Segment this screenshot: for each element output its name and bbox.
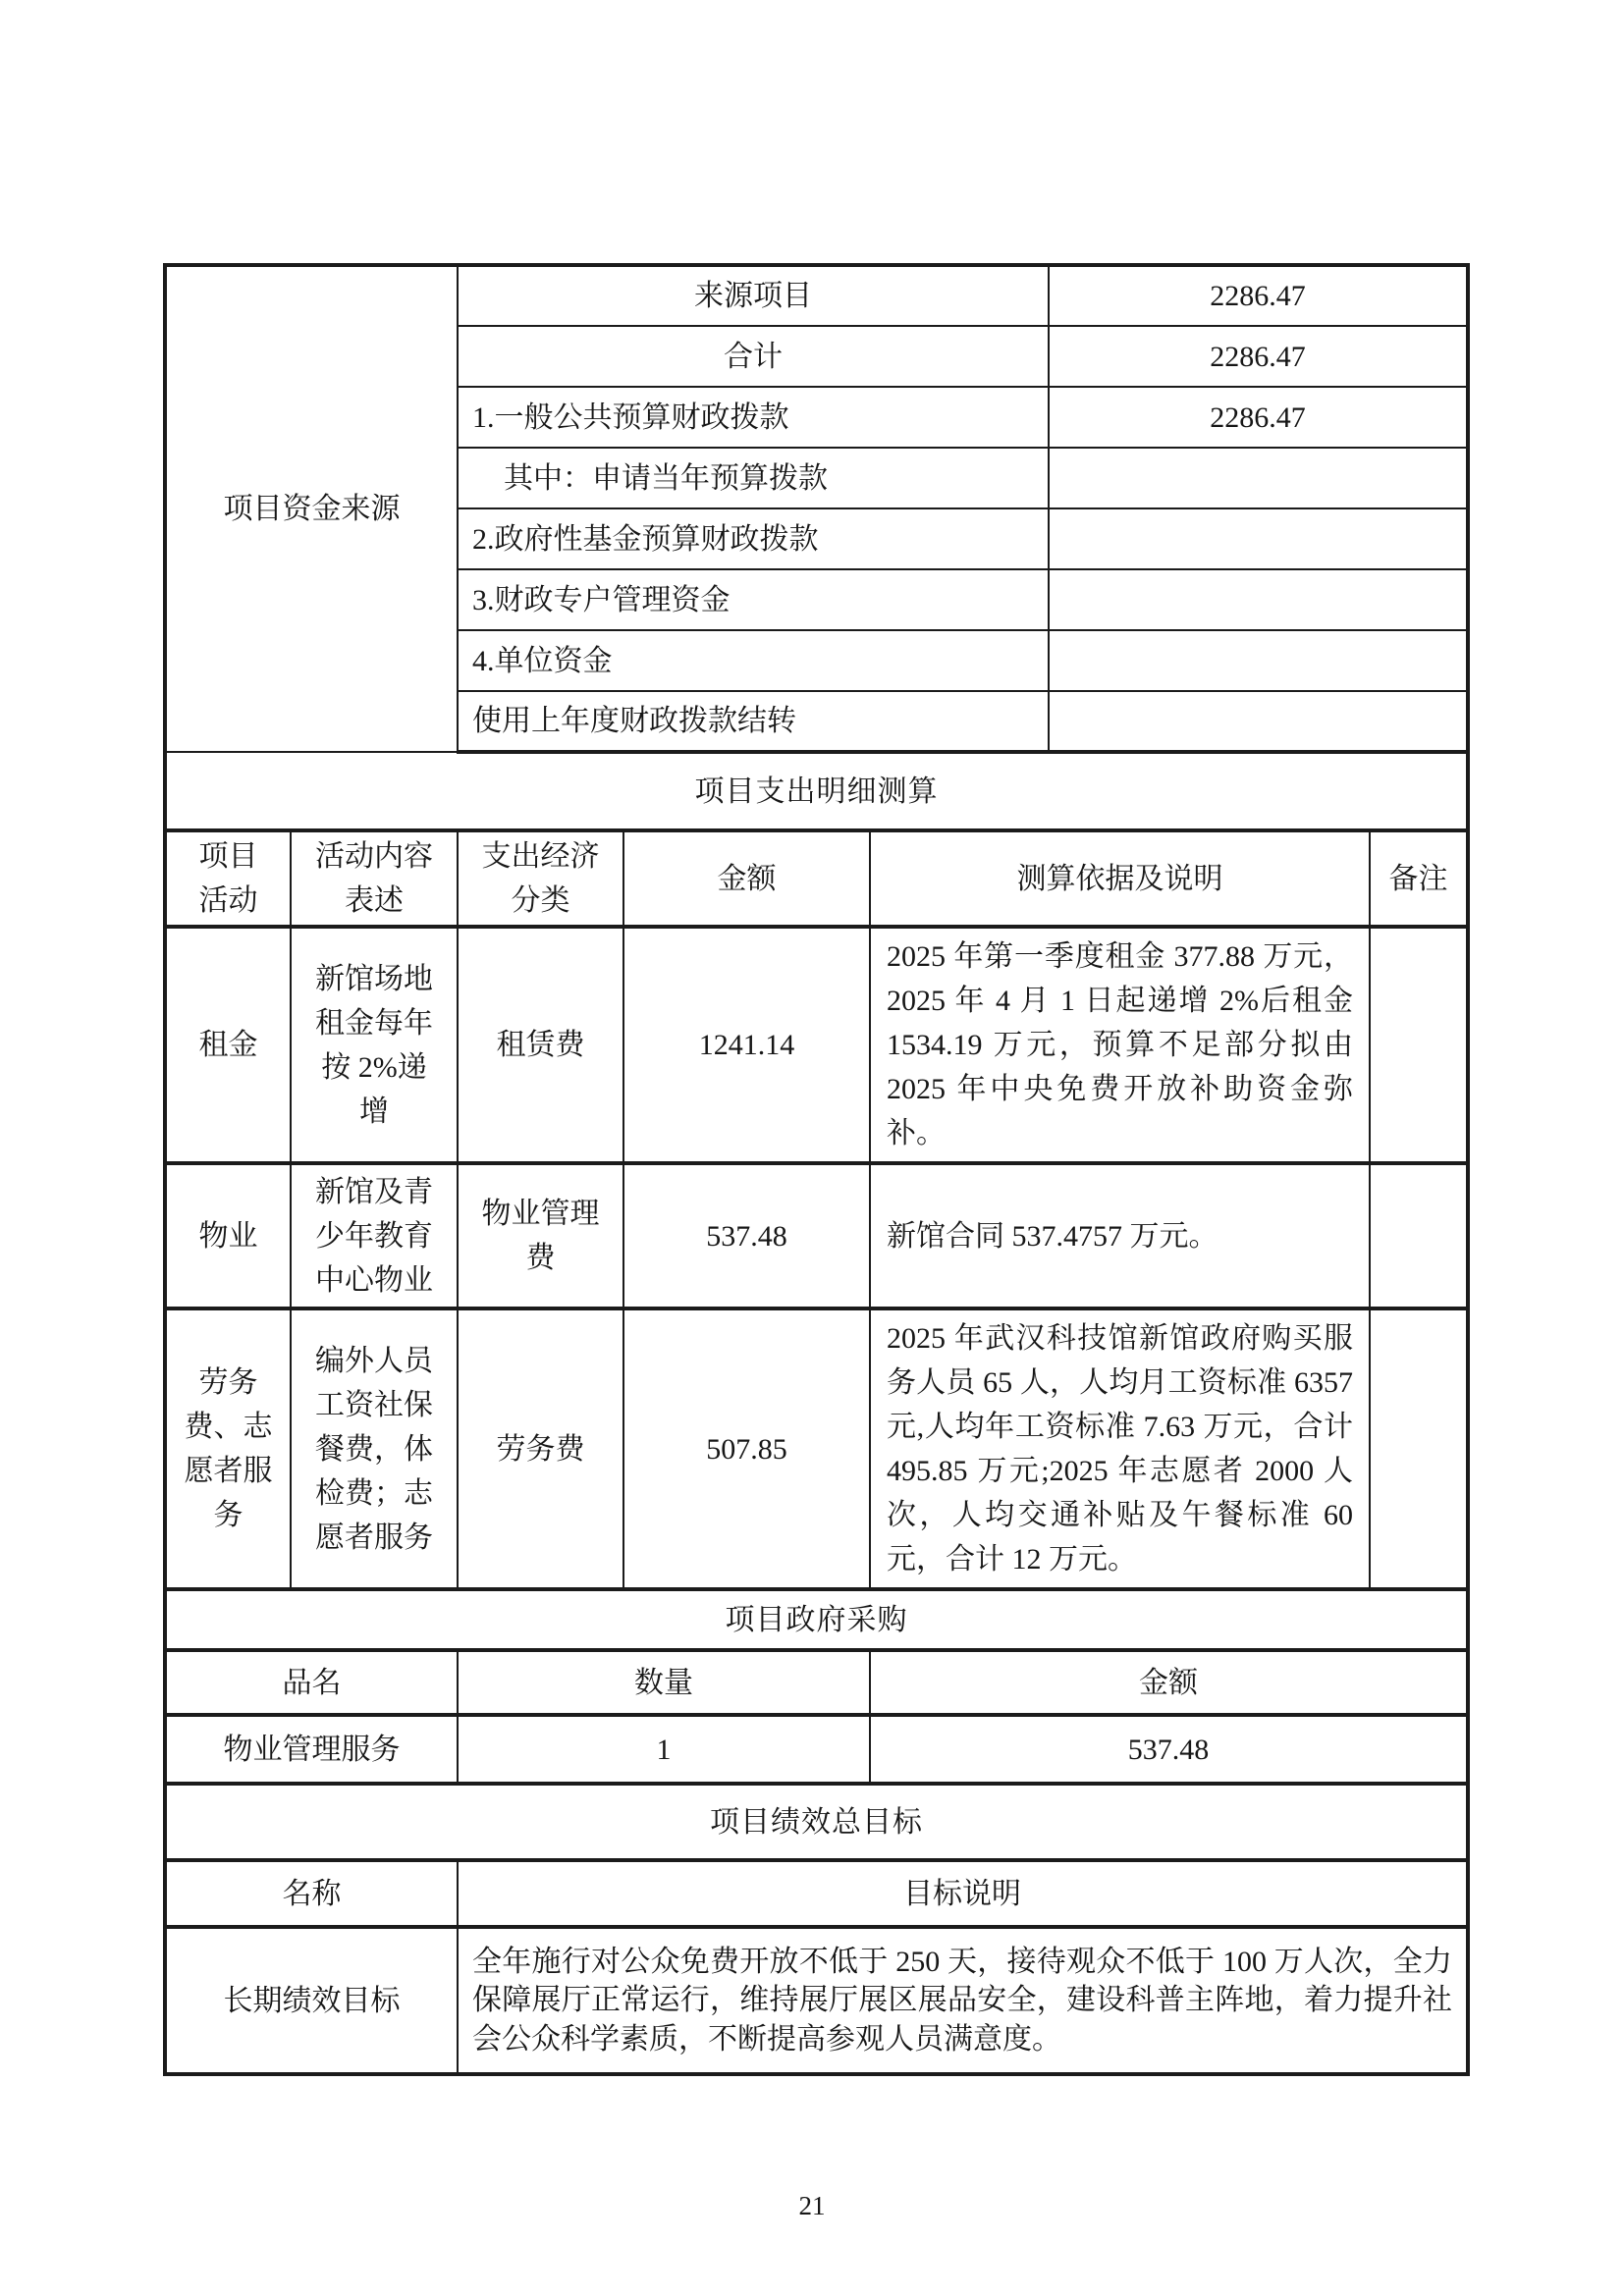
funding-row-label: 合计 <box>458 326 1049 387</box>
procurement-row: 物业管理服务 1 537.48 <box>165 1715 1468 1784</box>
col-header-item-name: 品名 <box>165 1650 458 1715</box>
funding-row-label: 来源项目 <box>458 265 1049 326</box>
quantity-cell: 1 <box>458 1715 870 1784</box>
description-cell: 新馆及青少年教育中心物业 <box>291 1163 458 1308</box>
document-page: 项目资金来源 来源项目 2286.47 合计 2286.47 1.一般公共预算财… <box>0 0 1624 2296</box>
description-cell: 新馆场地租金每年按 2%递增 <box>291 927 458 1163</box>
procurement-amount-cell: 537.48 <box>870 1715 1468 1784</box>
note-cell <box>1370 1163 1468 1308</box>
col-header-note: 备注 <box>1370 830 1468 927</box>
category-cell: 物业管理费 <box>458 1163 623 1308</box>
col-header-goal-description: 目标说明 <box>458 1860 1468 1927</box>
col-header-basis: 测算依据及说明 <box>870 830 1370 927</box>
funding-row-value <box>1049 448 1468 508</box>
procurement-header-row: 品名 数量 金额 <box>165 1650 1468 1715</box>
funding-row-label: 4.单位资金 <box>458 630 1049 691</box>
basis-cell: 2025 年武汉科技馆新馆政府购买服务人员 65 人，人均月工资标准 6357 … <box>870 1308 1370 1589</box>
procurement-title: 项目政府采购 <box>165 1589 1468 1650</box>
funding-row-label: 3.财政专户管理资金 <box>458 569 1049 630</box>
col-header-activity: 项目活动 <box>165 830 291 927</box>
performance-row: 长期绩效目标 全年施行对公众免费开放不低于 250 天，接待观众不低于 100 … <box>165 1927 1468 2074</box>
funding-section-label: 项目资金来源 <box>165 265 458 752</box>
performance-title: 项目绩效总目标 <box>165 1784 1468 1860</box>
amount-cell: 507.85 <box>623 1308 870 1589</box>
col-header-quantity: 数量 <box>458 1650 870 1715</box>
funding-row: 项目资金来源 来源项目 2286.47 <box>165 265 1468 326</box>
funding-row-label: 使用上年度财政拨款结转 <box>458 691 1049 752</box>
col-header-category: 支出经济分类 <box>458 830 623 927</box>
funding-row-label: 其中：申请当年预算拨款 <box>458 448 1049 508</box>
funding-row-value <box>1049 691 1468 752</box>
performance-header-row: 名称 目标说明 <box>165 1860 1468 1927</box>
amount-cell: 1241.14 <box>623 927 870 1163</box>
budget-table: 项目资金来源 来源项目 2286.47 合计 2286.47 1.一般公共预算财… <box>163 263 1470 2076</box>
expenditure-title-row: 项目支出明细测算 <box>165 752 1468 830</box>
expenditure-title: 项目支出明细测算 <box>165 752 1468 830</box>
note-cell <box>1370 927 1468 1163</box>
description-cell: 编外人员工资社保餐费，体检费；志愿者服务 <box>291 1308 458 1589</box>
amount-cell: 537.48 <box>623 1163 870 1308</box>
funding-section-label-text: 项目资金来源 <box>224 493 401 525</box>
col-header-goal-name: 名称 <box>165 1860 458 1927</box>
col-header-procurement-amount: 金额 <box>870 1650 1468 1715</box>
funding-row-value: 2286.47 <box>1049 265 1468 326</box>
funding-row-value <box>1049 630 1468 691</box>
funding-row-label: 1.一般公共预算财政拨款 <box>458 387 1049 448</box>
item-name-cell: 物业管理服务 <box>165 1715 458 1784</box>
activity-cell: 租金 <box>165 927 291 1163</box>
note-cell <box>1370 1308 1468 1589</box>
expenditure-row: 劳务费、志愿者服务 编外人员工资社保餐费，体检费；志愿者服务 劳务费 507.8… <box>165 1308 1468 1589</box>
goal-description-cell: 全年施行对公众免费开放不低于 250 天，接待观众不低于 100 万人次，全力保… <box>458 1927 1468 2074</box>
basis-cell: 新馆合同 537.4757 万元。 <box>870 1163 1370 1308</box>
funding-row-value: 2286.47 <box>1049 326 1468 387</box>
funding-row-label: 2.政府性基金预算财政拨款 <box>458 508 1049 569</box>
funding-row-value: 2286.47 <box>1049 387 1468 448</box>
funding-row-value <box>1049 508 1468 569</box>
category-cell: 租赁费 <box>458 927 623 1163</box>
activity-cell: 劳务费、志愿者服务 <box>165 1308 291 1589</box>
col-header-amount: 金额 <box>623 830 870 927</box>
activity-cell: 物业 <box>165 1163 291 1308</box>
expenditure-row: 租金 新馆场地租金每年按 2%递增 租赁费 1241.14 2025 年第一季度… <box>165 927 1468 1163</box>
expenditure-header-row: 项目活动 活动内容表述 支出经济分类 金额 测算依据及说明 备注 <box>165 830 1468 927</box>
funding-row-value <box>1049 569 1468 630</box>
goal-name-cell: 长期绩效目标 <box>165 1927 458 2074</box>
category-cell: 劳务费 <box>458 1308 623 1589</box>
col-header-description: 活动内容表述 <box>291 830 458 927</box>
expenditure-row: 物业 新馆及青少年教育中心物业 物业管理费 537.48 新馆合同 537.47… <box>165 1163 1468 1308</box>
basis-cell: 2025 年第一季度租金 377.88 万元，2025 年 4 月 1 日起递增… <box>870 927 1370 1163</box>
procurement-title-row: 项目政府采购 <box>165 1589 1468 1650</box>
performance-title-row: 项目绩效总目标 <box>165 1784 1468 1860</box>
page-number: 21 <box>0 2191 1624 2221</box>
